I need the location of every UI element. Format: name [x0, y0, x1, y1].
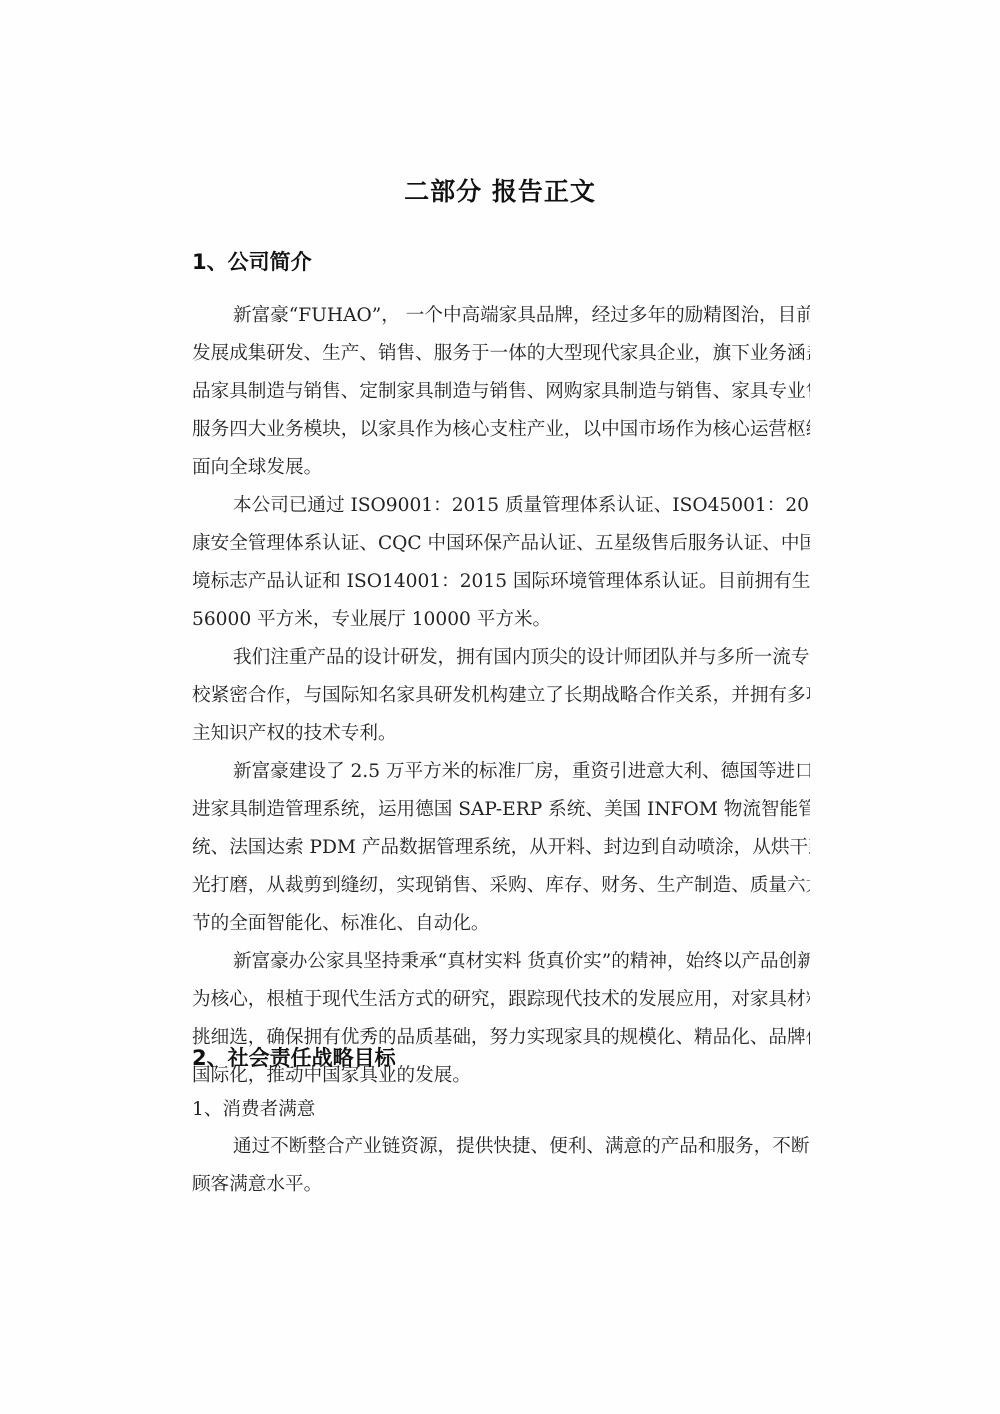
text-line: 为核心，根植于现代生活方式的研究，跟踪现代技术的发展应用，对家具材料精 [192, 981, 810, 1019]
text-line: 新富豪办公家具坚持秉承“真材实料 货真价实”的精神，始终以产品创新 [192, 943, 810, 981]
text-line: 发展成集研发、生产、销售、服务于一体的大型现代家具企业，旗下业务涵盖成 [192, 335, 810, 373]
text-line: 品家具制造与销售、定制家具制造与销售、网购家具制造与销售、家具专业售后 [192, 373, 810, 411]
text-line: 服务四大业务模块，以家具作为核心支柱产业，以中国市场作为核心运营枢纽， [192, 411, 810, 449]
text-line: 本公司已通过 ISO9001：2015 质量管理体系认证、ISO45001：20… [192, 487, 810, 525]
text-line: 境标志产品认证和 ISO14001：2015 国际环境管理体系认证。目前拥有生产… [192, 563, 810, 601]
subheading-consumer-satisfaction: 1、消费者满意 [192, 1091, 315, 1129]
text-line: 通过不断整合产业链资源，提供快捷、便利、满意的产品和服务，不断提高 [192, 1128, 810, 1166]
text-line: 进家具制造管理系统，运用德国 SAP-ERP 系统、美国 INFOM 物流智能管… [192, 791, 810, 829]
paragraph-consumer-satisfaction: 通过不断整合产业链资源，提供快捷、便利、满意的产品和服务，不断提高 顾客满意水平… [192, 1128, 810, 1204]
text-line: 面向全球发展。 [192, 449, 810, 487]
text-line: 顾客满意水平。 [192, 1166, 810, 1204]
section-heading-csr-goals: 2、社会责任战略目标 [192, 1042, 396, 1072]
text-line: 主知识产权的技术专利。 [192, 715, 810, 753]
paragraph-company-intro: 新富豪“FUHAO”， 一个中高端家具品牌，经过多年的励精图治，目前已 发展成集… [192, 297, 810, 487]
paragraph-manufacturing: 新富豪建设了 2.5 万平方米的标准厂房，重资引进意大利、德国等进口的先 进家具… [192, 753, 810, 943]
text-line: 校紧密合作，与国际知名家具研发机构建立了长期战略合作关系，并拥有多项自 [192, 677, 810, 715]
paragraph-design-rd: 我们注重产品的设计研发，拥有国内顶尖的设计师团队并与多所一流专业院 校紧密合作，… [192, 639, 810, 753]
text-line: 康安全管理体系认证、CQC 中国环保产品认证、五星级售后服务认证、中国环 [192, 525, 810, 563]
text-line: 统、法国达索 PDM 产品数据管理系统，从开料、封边到自动喷涂，从烘干到抛 [192, 829, 810, 867]
text-line: 我们注重产品的设计研发，拥有国内顶尖的设计师团队并与多所一流专业院 [192, 639, 810, 677]
document-page: 二部分 报告正文 1、公司简介 新富豪“FUHAO”， 一个中高端家具品牌，经过… [0, 0, 1000, 1414]
text-line: 56000 平方米，专业展厅 10000 平方米。 [192, 601, 810, 639]
text-line: 新富豪“FUHAO”， 一个中高端家具品牌，经过多年的励精图治，目前已 [192, 297, 810, 335]
text-line: 节的全面智能化、标准化、自动化。 [192, 905, 810, 943]
section-heading-company-profile: 1、公司简介 [192, 246, 312, 276]
text-line: 光打磨，从裁剪到缝纫，实现销售、采购、库存、财务、生产制造、质量六大环 [192, 867, 810, 905]
paragraph-certifications: 本公司已通过 ISO9001：2015 质量管理体系认证、ISO45001：20… [192, 487, 810, 639]
page-title: 二部分 报告正文 [0, 172, 1000, 208]
text-line: 新富豪建设了 2.5 万平方米的标准厂房，重资引进意大利、德国等进口的先 [192, 753, 810, 791]
paragraph-philosophy: 新富豪办公家具坚持秉承“真材实料 货真价实”的精神，始终以产品创新 为核心，根植… [192, 943, 810, 1095]
